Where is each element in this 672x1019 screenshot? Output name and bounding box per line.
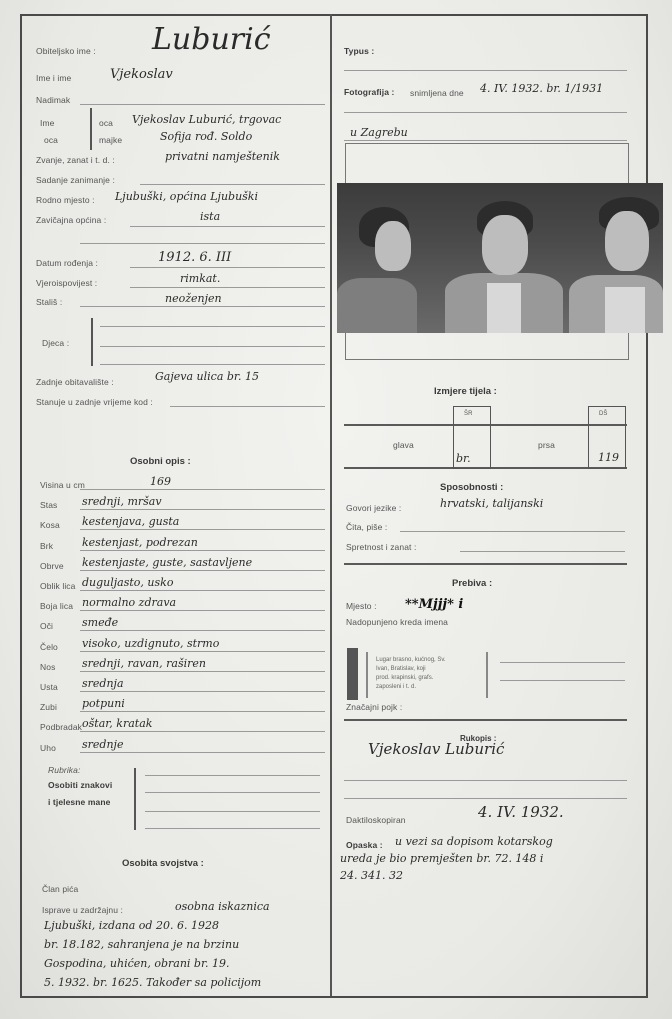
place-label: Mjesto : [346, 601, 377, 611]
documents-note-line: osobna iskaznica [175, 900, 270, 913]
children-bracket [91, 318, 93, 366]
stamp-line-1 [500, 662, 625, 663]
religion-line [130, 287, 325, 288]
description-line [80, 489, 325, 490]
marital-status-value: neoženjen [165, 292, 222, 305]
residence-bottom-line [344, 719, 627, 721]
description-line [80, 550, 325, 551]
photo-label: Fotografija : [344, 87, 394, 97]
stamp-bracket-right [486, 652, 488, 698]
last-residence-value: Gajeva ulica br. 15 [155, 370, 259, 383]
home-municipality-value: ista [200, 210, 220, 223]
home-municipality-label: Zavičajna općina : [36, 215, 106, 225]
stamp-line: prod. krapinski, grafs. [376, 674, 446, 683]
photo-place-value: u Zagrebu [350, 126, 408, 139]
languages-label: Govori jezike : [346, 503, 401, 513]
marks-line-4 [145, 828, 320, 829]
typus-line [344, 70, 627, 71]
skills-line [460, 551, 625, 552]
chest-value: 119 [598, 451, 619, 464]
surname-label: Obiteljsko ime : [36, 46, 96, 56]
notable-label: Značajni pojk : [346, 702, 402, 712]
description-line [80, 731, 325, 732]
documents-label: Isprave u zadržajnu : [42, 905, 123, 915]
read-write-line [400, 531, 625, 532]
marks-label-3: i tjelesne mane [48, 797, 110, 807]
parents-label-2: oca [44, 135, 58, 145]
marks-line-2 [145, 792, 320, 793]
description-line [80, 529, 325, 530]
marks-line-1 [145, 775, 320, 776]
description-line [80, 752, 325, 753]
marks-label-2: Osobiti znakovi [48, 780, 112, 790]
description-line [80, 610, 325, 611]
parents-bracket [90, 108, 92, 150]
home-municipality-line [130, 226, 325, 227]
description-line [80, 671, 325, 672]
description-line [80, 711, 325, 712]
birthplace-value: Ljubuški, općina Ljubuški [115, 190, 258, 203]
description-value: visoko, uzdignuto, strmo [82, 637, 219, 650]
remark-line: u vezi sa dopisom kotarskog [395, 835, 553, 848]
photo-line-2 [344, 140, 627, 141]
remark-line: 24. 341. 32 [340, 869, 403, 882]
marital-status-line [80, 306, 325, 307]
description-line [80, 570, 325, 571]
marks-line-3 [145, 811, 320, 812]
marks-bracket [134, 768, 136, 830]
nickname-line [80, 104, 325, 105]
children-line-3 [100, 364, 325, 365]
personal-description-heading: Osobni opis : [130, 456, 191, 467]
abilities-bottom-line [344, 563, 627, 565]
signature-line-2 [344, 798, 627, 799]
stamp-line: Lugar brasno, kućnog, Sv. [376, 656, 446, 665]
religion-value: rimkat. [180, 272, 220, 285]
head-value: br. [456, 452, 471, 465]
religion-label: Vjeroispovijest : [36, 278, 97, 288]
documents-note-line: Gospodina, uhićen, obrani br. 19. [44, 957, 230, 970]
chest-label: prsa [538, 440, 555, 450]
stamp-line: zaposleni i t. d. [376, 683, 446, 692]
children-line-2 [100, 346, 325, 347]
marks-label-1: Rubrika: [48, 765, 80, 775]
first-name-value: Vjekoslav [110, 67, 173, 82]
description-value: kestenjava, gusta [82, 515, 179, 528]
documents-note-line: 5. 1932. br. 1625. Također sa policijom [44, 976, 261, 989]
description-label: Brk [40, 541, 53, 551]
description-value: potpuni [82, 697, 125, 710]
fingerprinted-value: 4. IV. 1932. [478, 803, 564, 821]
signature-value: Vjekoslav Luburić [368, 740, 504, 758]
measurements-heading: Izmjere tijela : [434, 386, 497, 397]
residence-heading: Prebiva : [452, 578, 492, 589]
description-value: srednje [82, 738, 123, 751]
photo-taken-label: snimljena dne [410, 88, 464, 98]
father-value: Vjekoslav Luburić, trgovac [132, 113, 281, 126]
birthplace-label: Rodno mjesto : [36, 195, 95, 205]
description-value: kestenjaste, guste, sastavljene [82, 556, 252, 569]
separator-line [80, 243, 325, 244]
description-label: Stas [40, 500, 57, 510]
signature-line-1 [344, 780, 627, 781]
father-label: oca [99, 118, 113, 128]
description-label: Boja lica [40, 601, 73, 611]
typus-label: Typus : [344, 46, 374, 56]
stamp-line: Ivan, Bratislav, koji [376, 665, 446, 674]
staying-with-label: Stanuje u zadnje vrijeme kod : [36, 397, 153, 407]
photo-line-1 [344, 112, 627, 113]
occupation-value: privatni namještenik [165, 150, 280, 163]
description-label: Oči [40, 621, 53, 631]
stamp-bracket-left [366, 652, 368, 698]
description-line [80, 651, 325, 652]
special-properties-heading: Osobita svojstva : [122, 858, 204, 869]
description-label: Podbradak [40, 722, 82, 732]
supplement-label: Nadopunjeno kreda imena [346, 617, 448, 627]
read-write-label: Čita, piše : [346, 522, 387, 532]
description-line [80, 509, 325, 510]
column-divider [330, 14, 332, 996]
first-name-label: Ime i ime [36, 73, 71, 83]
description-value: 169 [150, 475, 171, 488]
description-label: Zubi [40, 702, 57, 712]
birthdate-line [130, 267, 325, 268]
remark-line: ureda je bio premješten br. 72. 148 i [340, 852, 543, 865]
description-value: normalno zdrava [82, 596, 176, 609]
description-label: Usta [40, 682, 58, 692]
description-label: Oblik lica [40, 581, 75, 591]
current-job-label: Sadanje zanimanje : [36, 175, 115, 185]
description-value: smeđe [82, 616, 118, 629]
marital-status-label: Stališ : [36, 297, 62, 307]
children-line-1 [100, 326, 325, 327]
description-label: Obrve [40, 561, 64, 571]
head-label: glava [393, 440, 414, 450]
last-residence-label: Zadnje obitavalište : [36, 377, 114, 387]
skills-label: Spretnost i zanat : [346, 542, 416, 552]
head-box-code: ŠR [464, 411, 473, 417]
description-value: oštar, kratak [82, 717, 152, 730]
photo-taken-value: 4. IV. 1932. br. 1/1931 [480, 82, 603, 95]
description-label: Visina u cm [40, 480, 85, 490]
staying-with-line [170, 406, 325, 407]
current-job-line [140, 184, 325, 185]
mother-label: majke [99, 135, 122, 145]
place-mark: **Mjjj* i [405, 597, 463, 612]
description-value: srednji, mršav [82, 495, 162, 508]
occupation-label: Zvanje, zanat i t. d. : [36, 155, 115, 165]
description-value: srednja [82, 677, 124, 690]
description-label: Uho [40, 743, 56, 753]
description-label: Nos [40, 662, 55, 672]
children-label: Djeca : [42, 338, 69, 348]
birthdate-label: Datum rođenja : [36, 258, 98, 268]
chest-box-code: DŠ [599, 411, 608, 417]
mugshot-photo [337, 183, 663, 333]
abilities-heading: Sposobnosti : [440, 482, 503, 493]
parents-label-1: Ime [40, 118, 54, 128]
stamp-text: Lugar brasno, kućnog, Sv.Ivan, Bratislav… [376, 656, 446, 692]
languages-value: hrvatski, talijanski [440, 497, 543, 510]
description-value: kestenjast, podrezan [82, 536, 198, 549]
documents-note-line: br. 18.182, sahranjena je na brzinu [44, 938, 239, 951]
description-line [80, 590, 325, 591]
remark-label: Opaska : [346, 840, 383, 850]
stamp-line-2 [500, 680, 625, 681]
description-label: Čelo [40, 642, 58, 652]
stamp-side-bar [347, 648, 358, 700]
birthdate-value: 1912. 6. III [158, 250, 231, 265]
member-label: Član pića [42, 884, 78, 894]
documents-note-line: Ljubuški, izdana od 20. 6. 1928 [44, 919, 219, 932]
description-label: Kosa [40, 520, 60, 530]
description-value: srednji, ravan, raširen [82, 657, 206, 670]
description-line [80, 691, 325, 692]
fingerprinted-label: Daktiloskopiran [346, 815, 406, 825]
description-value: duguljasto, usko [82, 576, 173, 589]
nickname-label: Nadimak [36, 95, 70, 105]
description-line [80, 630, 325, 631]
surname-value: Luburić [152, 22, 271, 57]
mother-value: Sofija rođ. Soldo [160, 130, 252, 143]
document-sheet: Obiteljsko ime : Luburić Ime i ime Vjeko… [0, 0, 672, 1019]
